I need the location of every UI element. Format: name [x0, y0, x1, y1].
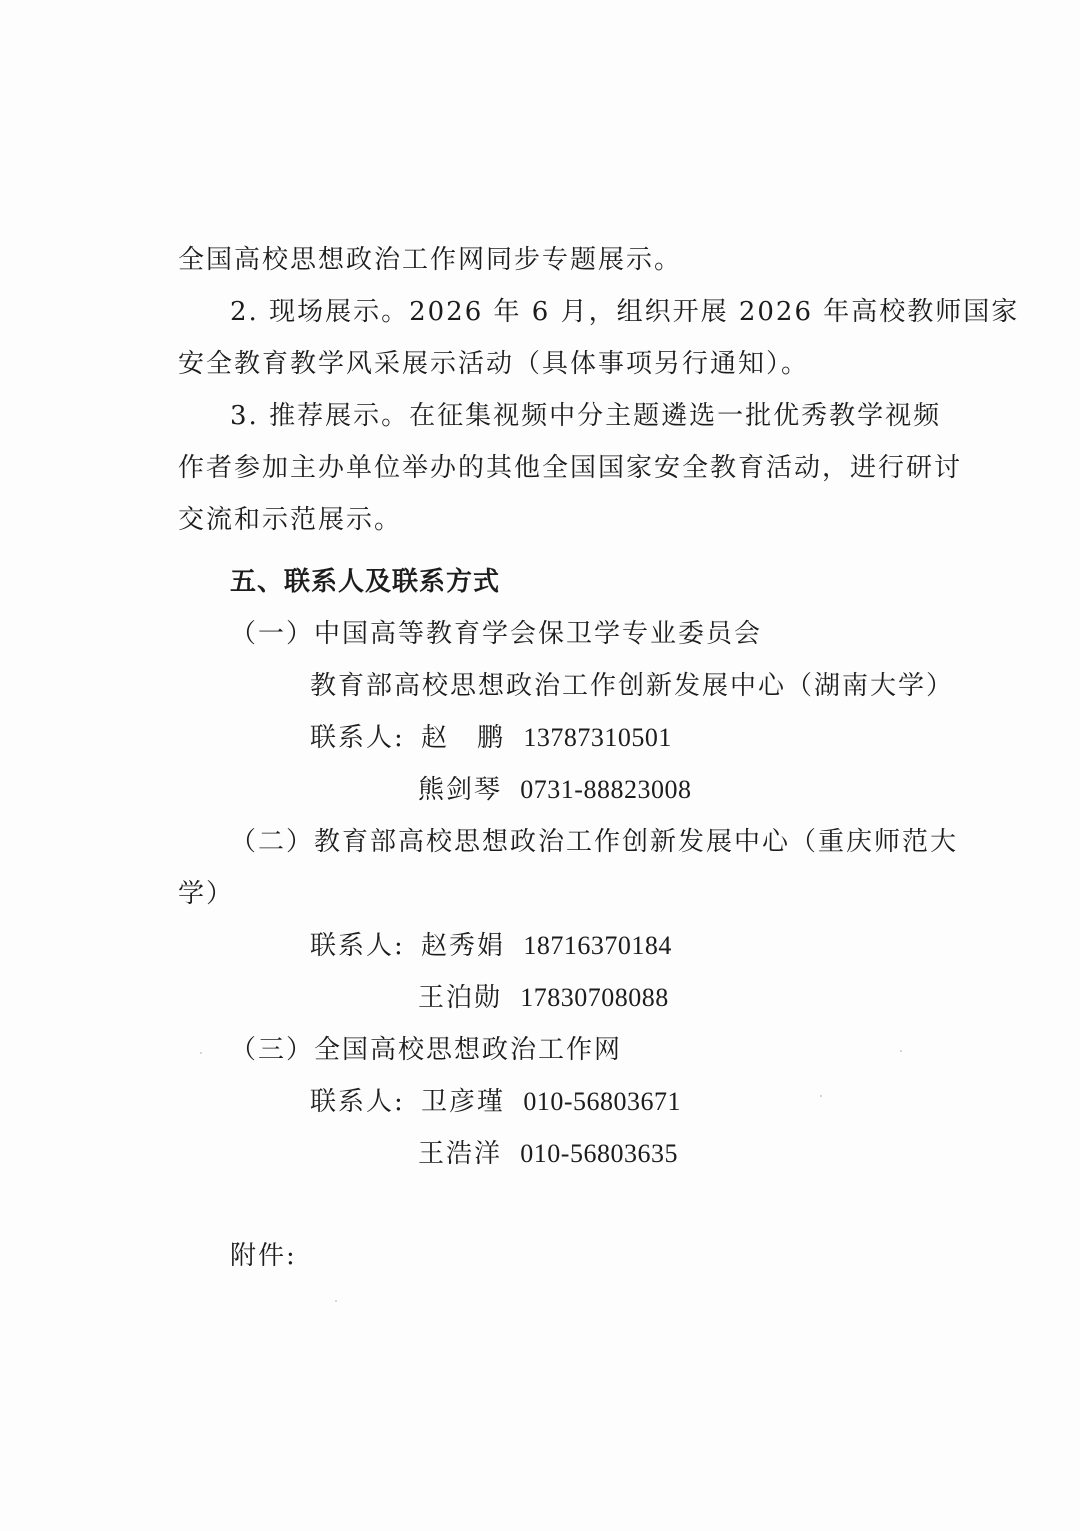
contact-name: 卫彦瑾	[421, 1087, 505, 1117]
contact-name: 赵秀娟	[421, 931, 505, 961]
contact-group-subtitle: 教育部高校思想政治工作创新发展中心（湖南大学）	[310, 670, 954, 702]
contact-name: 熊剑琴	[418, 775, 502, 805]
document-page: 全国高校思想政治工作网同步专题展示。 2. 现场展示。2026 年 6 月，组织…	[0, 0, 1080, 1531]
contact-phone: 010-56803671	[523, 1087, 681, 1116]
contact-row: 熊剑琴 0731-88823008	[418, 774, 691, 806]
contact-label: 联系人:	[310, 1087, 405, 1117]
paragraph-line: 安全教育教学风采展示活动（具体事项另行通知）。	[178, 348, 809, 380]
contact-label: 联系人:	[310, 723, 405, 753]
contact-phone: 17830708088	[520, 983, 669, 1012]
contact-group-title: （二）教育部高校思想政治工作创新发展中心（重庆师范大	[230, 826, 958, 858]
contact-row: 王浩洋 010-56803635	[418, 1138, 678, 1170]
scan-speck	[335, 1300, 337, 1302]
paragraph-line: 3. 推荐展示。在征集视频中分主题遴选一批优秀教学视频	[230, 400, 941, 432]
contact-name: 王浩洋	[418, 1139, 502, 1169]
contact-row: 王泊勋 17830708088	[418, 982, 669, 1014]
paragraph-line: 全国高校思想政治工作网同步专题展示。	[178, 244, 682, 276]
contact-phone: 010-56803635	[520, 1139, 678, 1168]
attachment-label: 附件:	[230, 1240, 297, 1272]
paragraph-line: 2. 现场展示。2026 年 6 月，组织开展 2026 年高校教师国家	[230, 296, 1019, 328]
contact-row: 联系人: 赵秀娟 18716370184	[310, 930, 672, 962]
contact-phone: 18716370184	[523, 931, 672, 960]
scan-speck	[200, 1052, 202, 1054]
section-heading: 五、联系人及联系方式	[230, 566, 500, 598]
contact-name: 赵 鹏	[421, 723, 505, 753]
contact-phone: 0731-88823008	[520, 775, 691, 804]
scan-speck	[820, 1095, 822, 1097]
contact-label: 联系人:	[310, 931, 405, 961]
contact-row: 联系人: 卫彦瑾 010-56803671	[310, 1086, 681, 1118]
contact-phone: 13787310501	[523, 723, 672, 752]
paragraph-line: 作者参加主办单位举办的其他全国国家安全教育活动，进行研讨	[178, 452, 962, 484]
contact-group-title: （一）中国高等教育学会保卫学专业委员会	[230, 618, 762, 650]
paragraph-line: 交流和示范展示。	[178, 504, 402, 536]
contact-group-title: （三）全国高校思想政治工作网	[230, 1034, 622, 1066]
scan-speck	[900, 1050, 902, 1052]
contact-group-title-cont: 学）	[178, 878, 234, 910]
contact-name: 王泊勋	[418, 983, 502, 1013]
contact-row: 联系人: 赵 鹏 13787310501	[310, 722, 672, 754]
